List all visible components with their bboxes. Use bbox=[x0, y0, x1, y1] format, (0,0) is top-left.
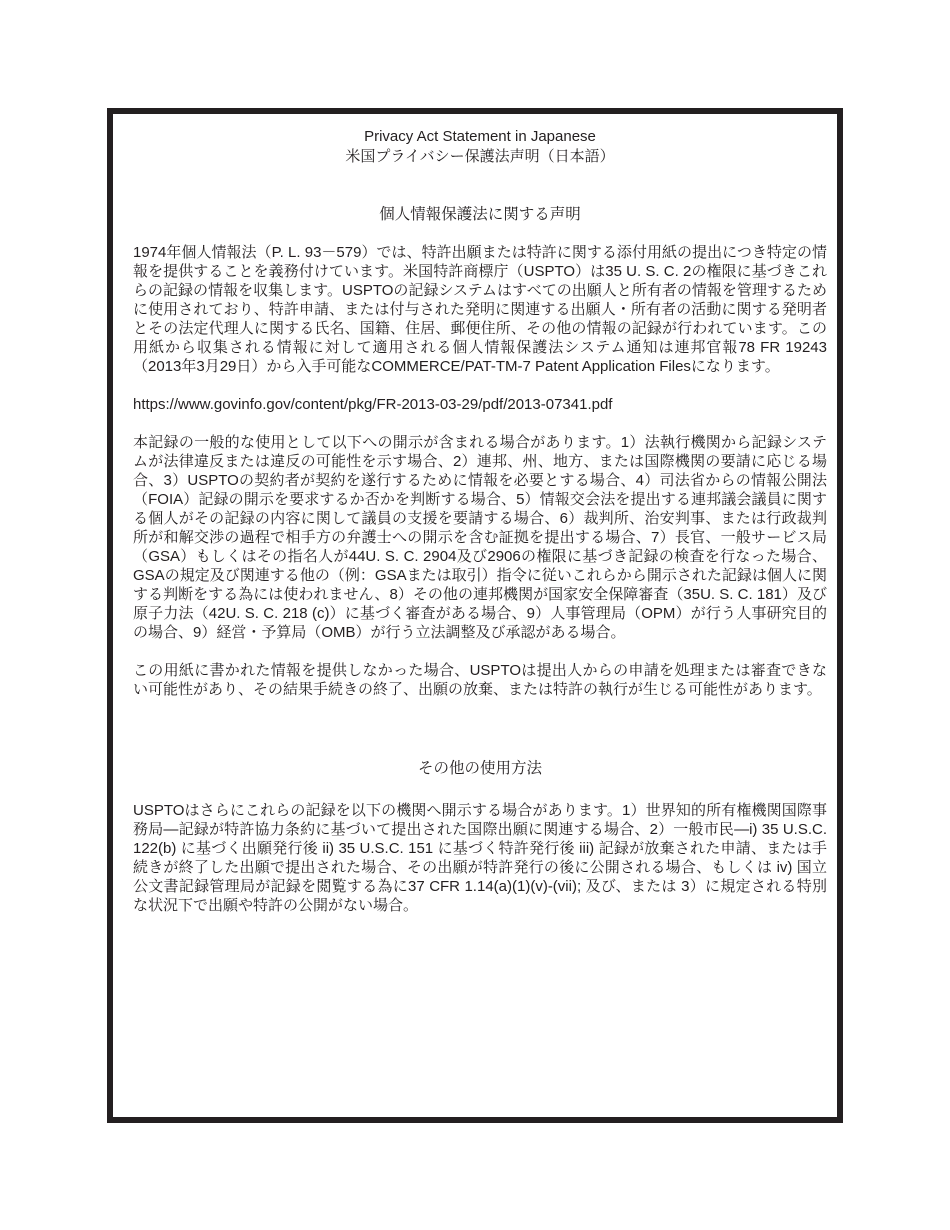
document-page: Privacy Act Statement in Japanese 米国プライバ… bbox=[107, 108, 843, 1123]
section-heading-privacy-statement: 個人情報保護法に関する声明 bbox=[133, 205, 827, 225]
page-canvas: Privacy Act Statement in Japanese 米国プライバ… bbox=[0, 0, 950, 1230]
paragraph-additional-disclosures: USPTOはさらにこれらの記録を以下の機関へ開示する場合があります。1）世界知的… bbox=[133, 801, 827, 915]
document-title-english: Privacy Act Statement in Japanese bbox=[133, 127, 827, 147]
section-heading-other-uses: その他の使用方法 bbox=[133, 759, 827, 779]
paragraph-nondisclosure-consequences: この用紙に書かれた情報を提供しなかった場合、USPTOは提出人からの申請を処理ま… bbox=[133, 661, 827, 699]
document-title-japanese: 米国プライバシー保護法声明（日本語） bbox=[133, 147, 827, 167]
paragraph-routine-uses: 本記録の一般的な使用として以下への開示が含まれる場合があります。1）法執行機関か… bbox=[133, 433, 827, 642]
federal-register-url: https://www.govinfo.gov/content/pkg/FR-2… bbox=[133, 395, 827, 414]
section-privacy-statement: 個人情報保護法に関する声明 1974年個人情報法（P. L. 93－579）では… bbox=[133, 205, 827, 699]
paragraph-records-collection: 1974年個人情報法（P. L. 93－579）では、特許出願または特許に関する… bbox=[133, 243, 827, 376]
section-other-uses: その他の使用方法 USPTOはさらにこれらの記録を以下の機関へ開示する場合があり… bbox=[133, 759, 827, 915]
title-block: Privacy Act Statement in Japanese 米国プライバ… bbox=[133, 127, 827, 167]
